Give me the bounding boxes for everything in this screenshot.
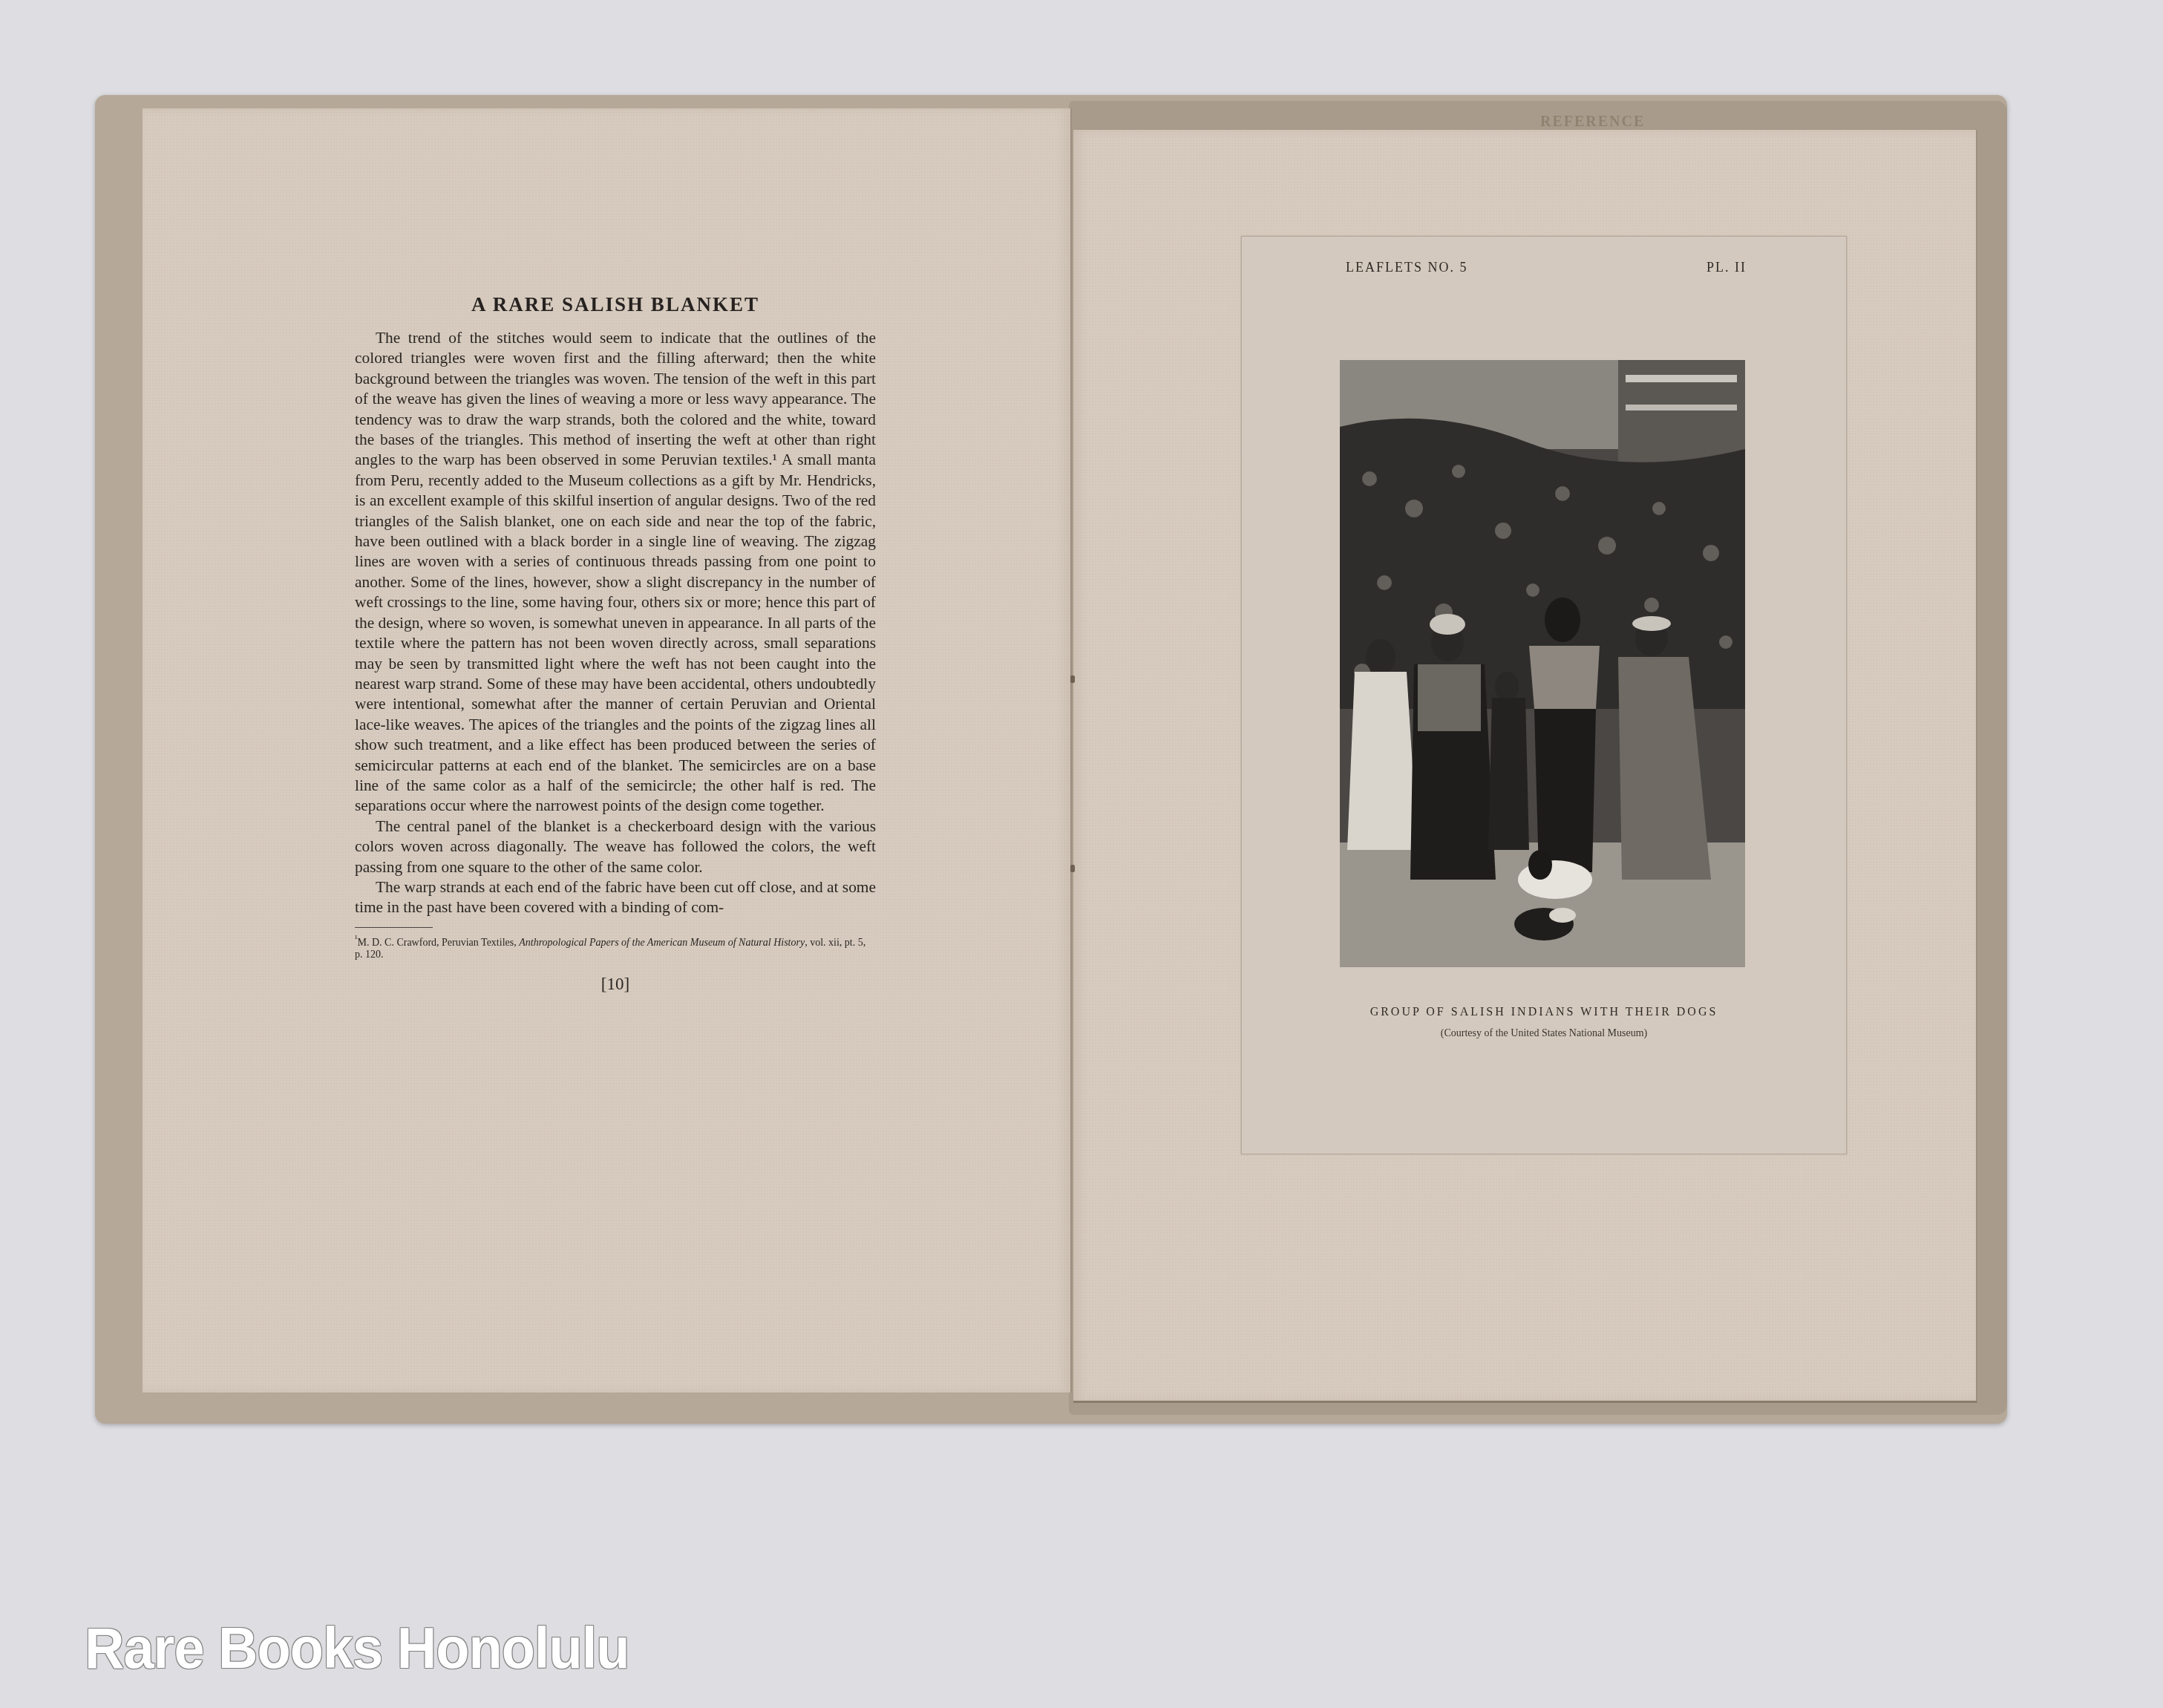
- paragraph: The central panel of the blanket is a ch…: [355, 817, 876, 877]
- footnote-author-title: M. D. C. Crawford, Peruvian Textiles,: [358, 937, 520, 948]
- plate-series-label: LEAFLETS NO. 5: [1346, 260, 1468, 275]
- footnote: ¹M. D. C. Crawford, Peruvian Textiles, A…: [355, 932, 876, 962]
- watermark-text: Rare Books Honolulu: [85, 1615, 629, 1681]
- photo-credit: (Courtesy of the United States National …: [1242, 1028, 1846, 1040]
- plate-number: PL. II: [1706, 260, 1747, 275]
- group-photo: [1340, 360, 1745, 967]
- paragraph: The warp strands at each end of the fabr…: [355, 877, 876, 918]
- paragraph: The trend of the stitches would seem to …: [355, 328, 876, 817]
- binding-staple: [1070, 865, 1075, 872]
- edge-stamp: REFERENCE: [1540, 114, 1645, 131]
- photo-caption: GROUP OF SALISH INDIANS WITH THEIR DOGS: [1242, 1006, 1846, 1019]
- left-page-text: A RARE SALISH BLANKET The trend of the s…: [355, 293, 876, 994]
- chapter-title: A RARE SALISH BLANKET: [355, 293, 876, 316]
- footnote-publication: Anthropological Papers of the American M…: [519, 937, 805, 948]
- page-number: [10]: [355, 975, 876, 994]
- footnote-rule: [355, 927, 433, 928]
- photo-plate: LEAFLETS NO. 5 PL. II: [1241, 236, 1847, 1154]
- photo-illustration: [1340, 360, 1745, 967]
- binding-staple: [1070, 675, 1075, 683]
